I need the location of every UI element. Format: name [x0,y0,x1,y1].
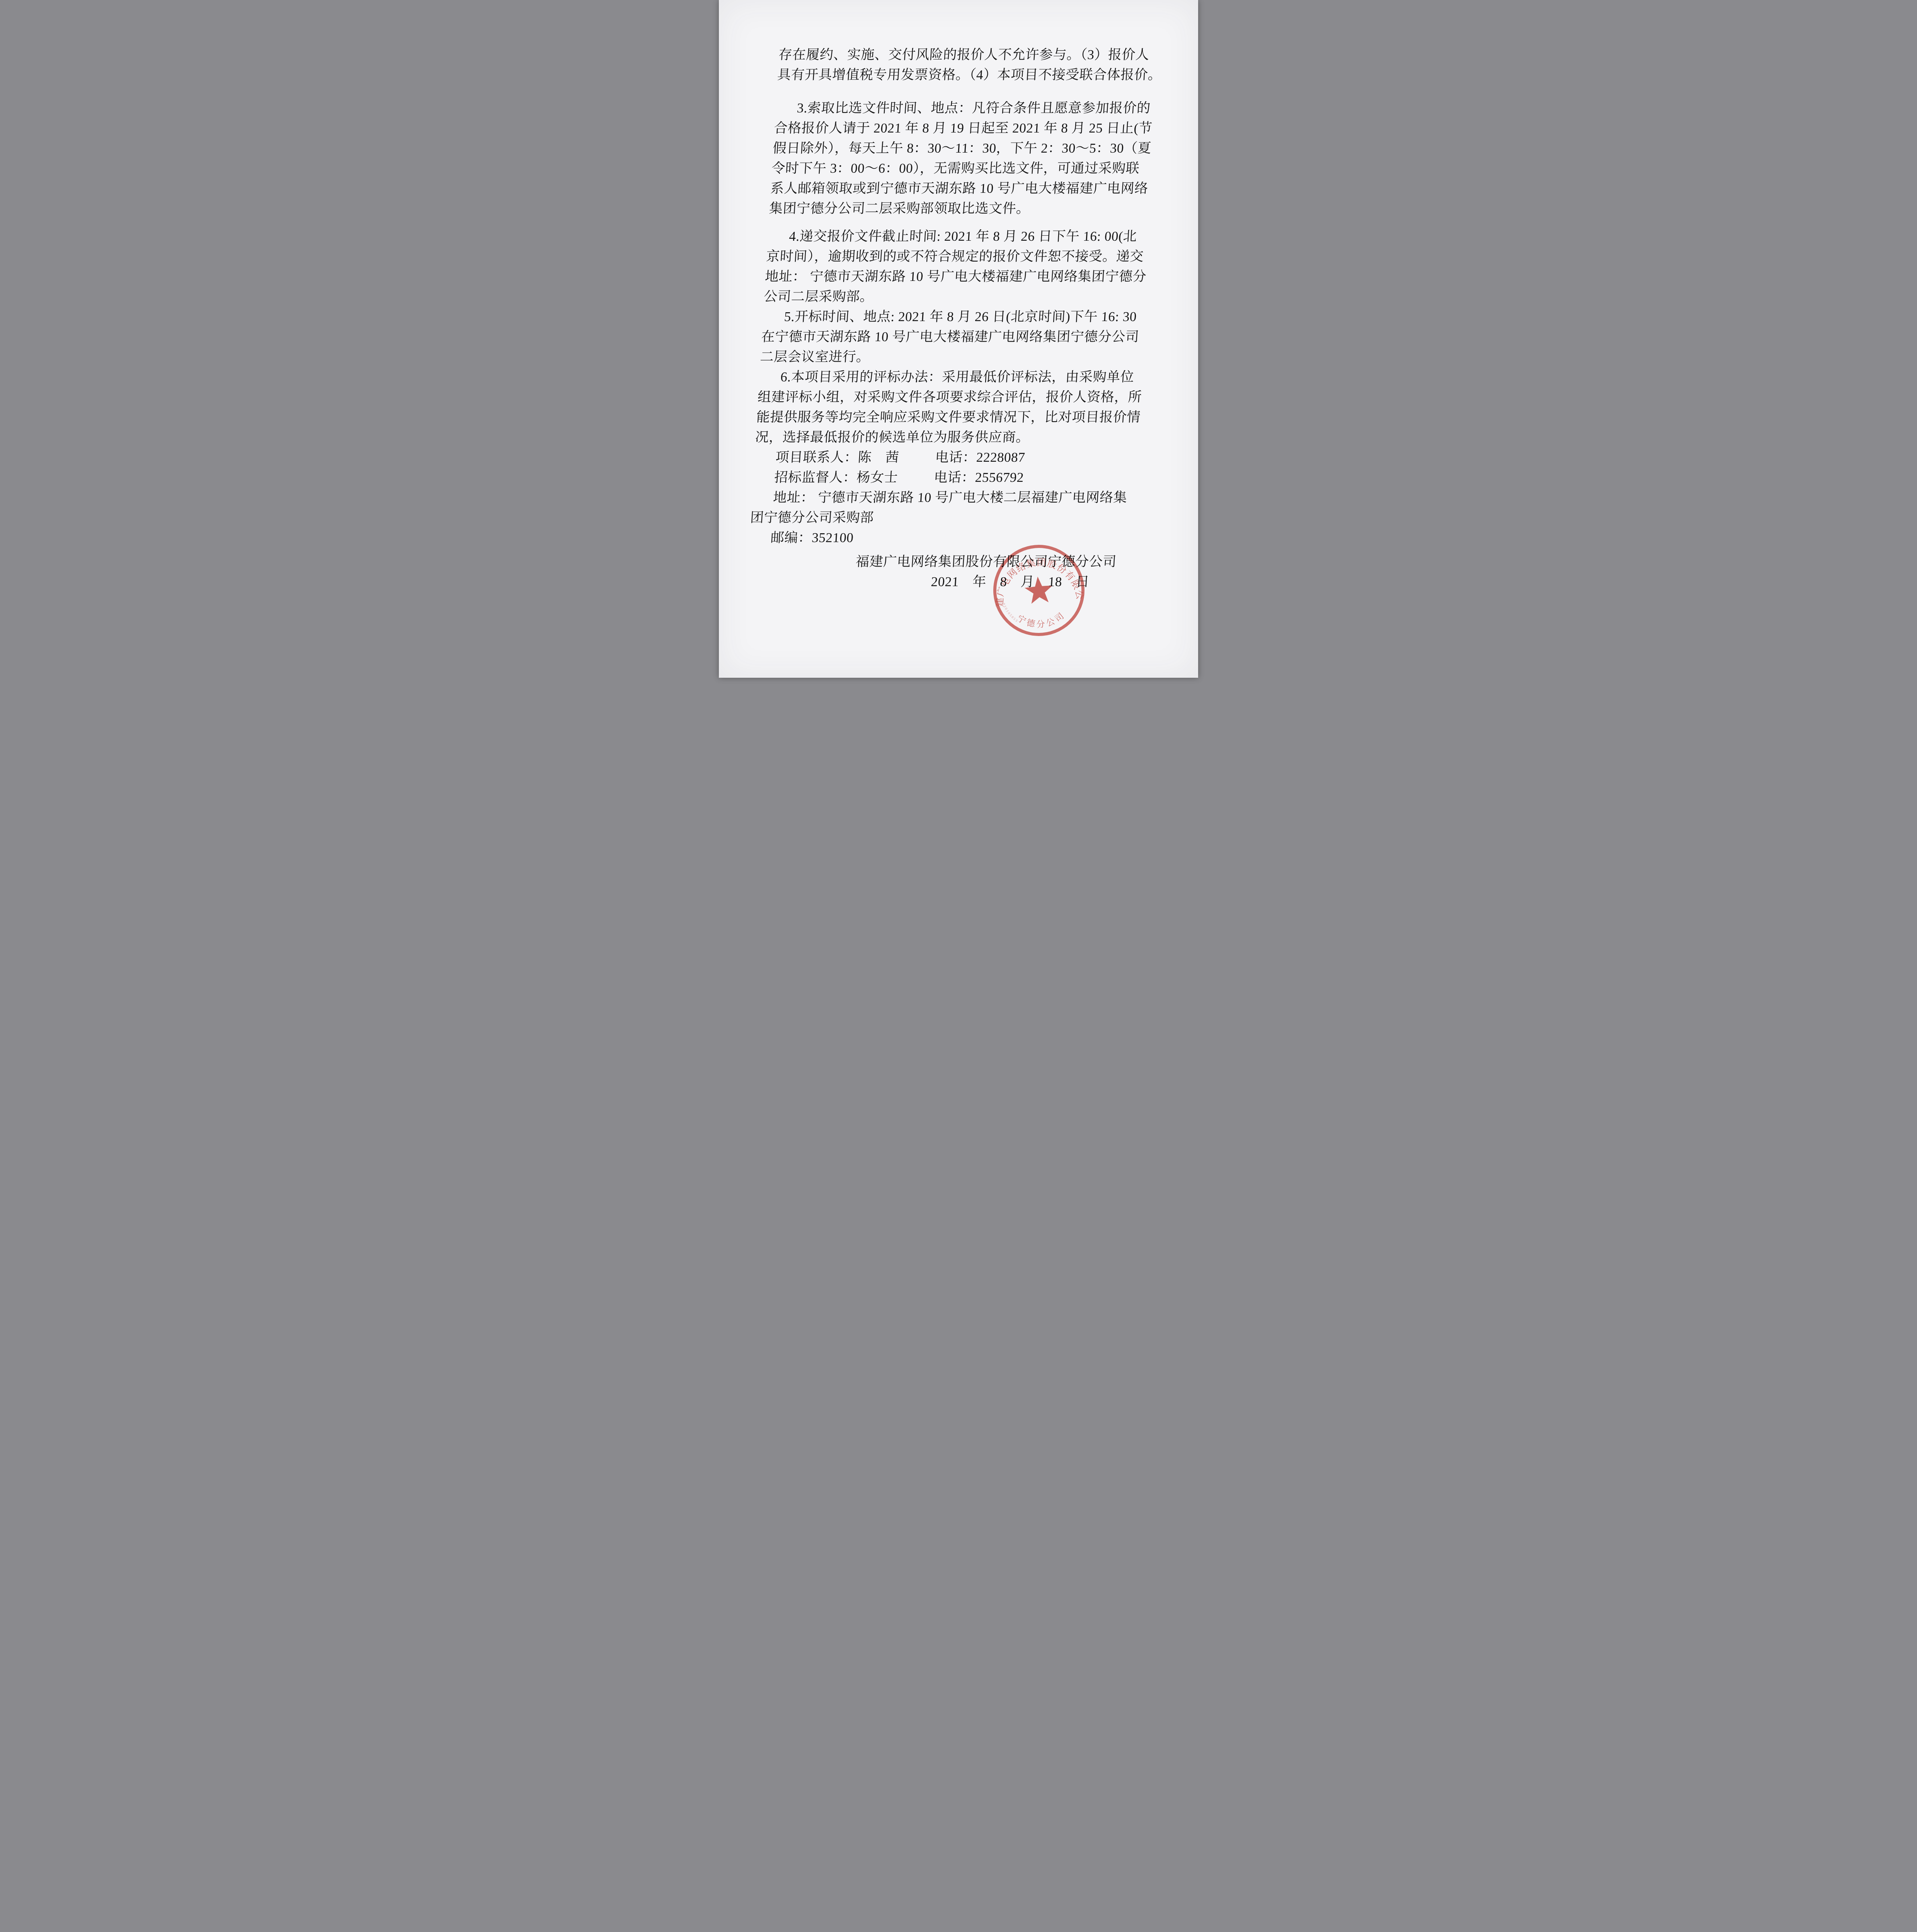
document-line: 地址： 宁德市天湖东路 10 号广电大楼福建广电网络集团宁德分 [764,267,1161,287]
seal-bottom-text-container: 宁德分公司 [1015,609,1068,631]
document-line: 二层会议室进行。 [759,347,1156,367]
document-line: 5.开标时间、地点: 2021 年 8 月 26 日(北京时间)下午 16: 3… [762,307,1159,327]
contact-row: 招标监督人：杨女士 电话：2556792 [752,468,1149,488]
contact-row: 项目联系人：陈 茜 电话：2228087 [753,447,1150,468]
document-line: 具有开具增值税专用发票资格。（4）本项目不接受联合体报价。 [777,65,1174,85]
date-line: 2021 年 8 月 18 日 [930,572,1142,592]
document-line: 系人邮箱领取或到宁德市天湖东路 10 号广电大楼福建广电网络 [770,179,1167,199]
document-line: 公司二层采购部。 [763,287,1160,307]
scanned-document-page: 存在履约、实施、交付风险的报价人不允许参与。（3）报价人 具有开具增值税专用发票… [719,0,1198,678]
company-signature: 福建广电网络集团股份有限公司宁德分公司 [855,552,1144,572]
address-line: 地址： 宁德市天湖东路 10 号广电大楼二层福建广电网络集 [751,488,1148,508]
address-line: 团宁德分公司采购部 [750,508,1147,528]
document-line: 存在履约、实施、交付风险的报价人不允许参与。（3）报价人 [778,45,1175,65]
contact-person: 项目联系人：陈 茜 [775,447,936,468]
document-line: 组建评标小组，对采购文件各项要求综合评估，报价人资格，所 [757,387,1154,407]
document-line: 京时间），逾期收到的或不符合规定的报价文件恕不接受。递交 [766,247,1163,267]
document-line: 在宁德市天湖东路 10 号广电大楼福建广电网络集团宁德分公司 [761,327,1158,347]
document-line: 4.递交报价文件截止时间: 2021 年 8 月 26 日下午 16: 00(北 [767,226,1164,247]
contact-phone: 电话：2228087 [935,447,1026,468]
document-body: 存在履约、实施、交付风险的报价人不允许参与。（3）报价人 具有开具增值税专用发票… [746,45,1175,592]
document-line: 假日除外），每天上午 8：30～11：30，下午 2：30～5：30（夏 [772,138,1169,158]
seal-code: 020105853 [1002,602,1020,624]
document-line: 集团宁德分公司二层采购部领取比选文件。 [768,199,1165,219]
seal-bottom-text: 宁德分公司 [1015,609,1068,631]
document-line: 3.索取比选文件时间、地点：凡符合条件且愿意参加报价的 [775,98,1171,118]
document-line: 合格报价人请于 2021 年 8 月 19 日起至 2021 年 8 月 25 … [773,118,1170,138]
document-line: 6.本项目采用的评标办法：采用最低价评标法，由采购单位 [758,367,1155,387]
supervisor-person: 招标监督人：杨女士 [774,468,935,488]
seal-code-container: 020105853 [1002,602,1020,624]
document-line: 令时下午 3：00～6：00），无需购买比选文件，可通过采购联 [771,158,1168,179]
postal-code-line: 邮编：352100 [748,528,1145,548]
supervisor-phone: 电话：2556792 [933,468,1025,488]
document-line: 能提供服务等均完全响应采购文件要求情况下，比对项目报价情 [756,407,1153,427]
document-line: 况，选择最低报价的候选单位为服务供应商。 [754,427,1151,447]
